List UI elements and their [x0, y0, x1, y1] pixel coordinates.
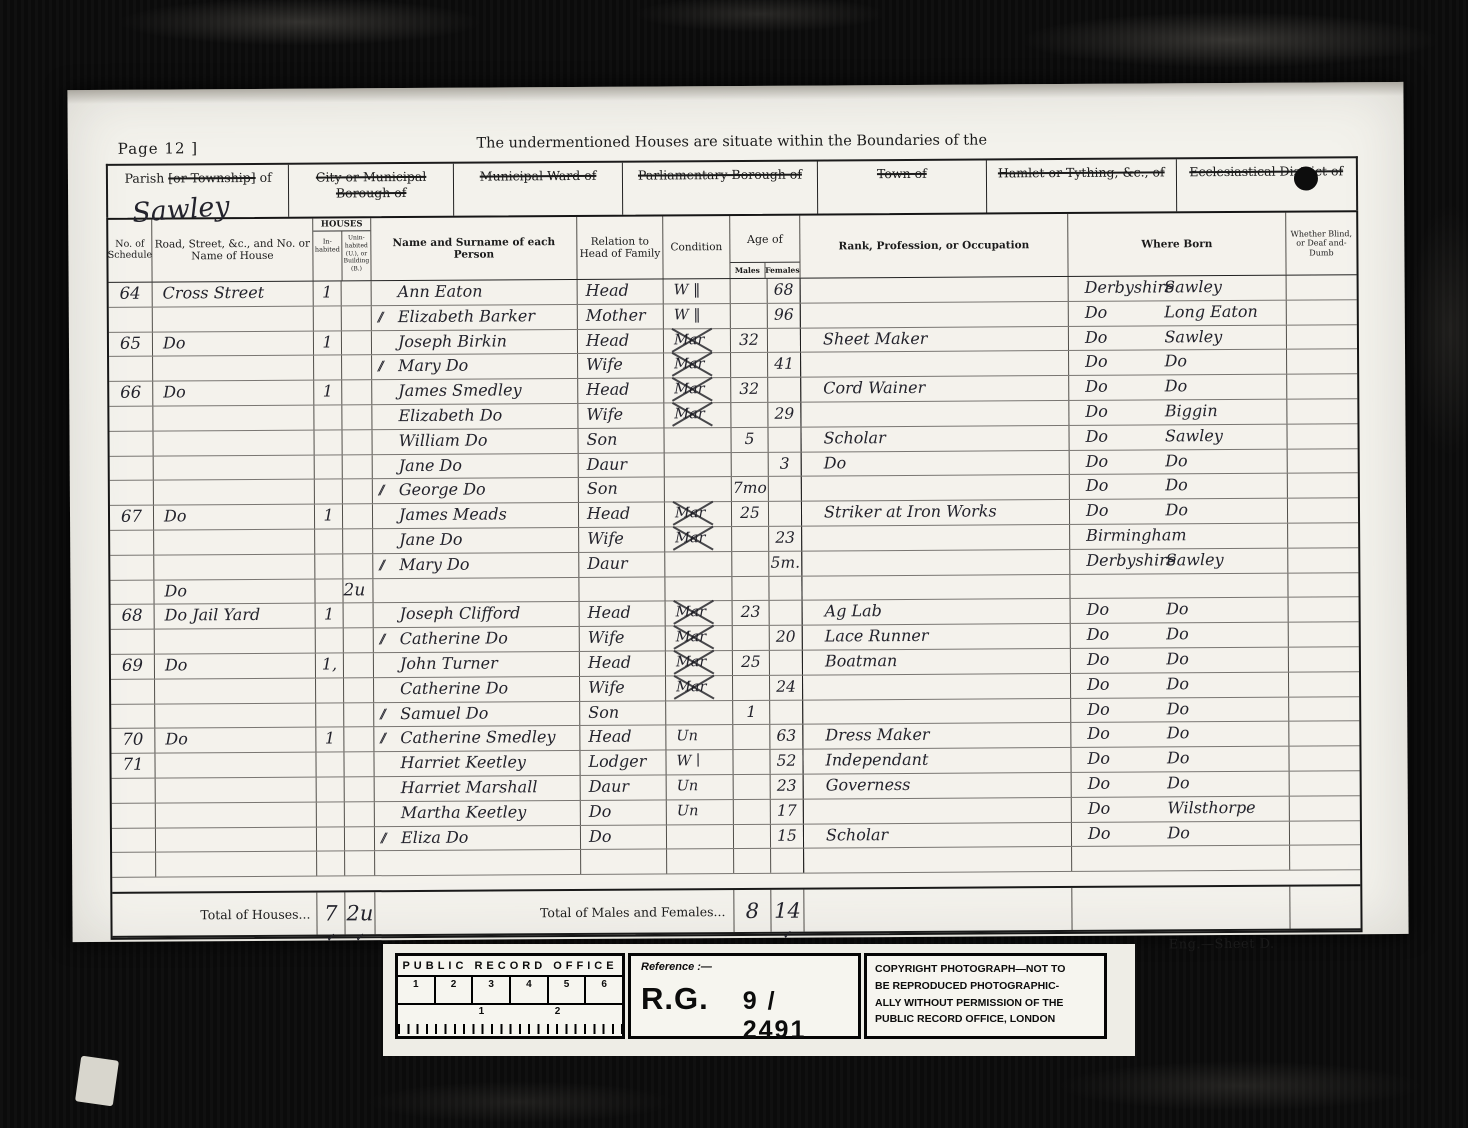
ruler-number: 2 [555, 1006, 561, 1017]
person-name: James Smedley [372, 379, 578, 404]
relation: Do [581, 800, 667, 824]
age-male [732, 452, 769, 476]
born-county: Do [1071, 673, 1167, 697]
where-born: Do Do [1070, 499, 1288, 524]
schedule-number: 67 [110, 506, 154, 530]
condition [665, 453, 732, 477]
age-female: 52 [770, 750, 803, 774]
houses-uninhabited [345, 777, 375, 801]
relation: Daur [581, 775, 667, 799]
born-county: Derbyshire [1070, 549, 1166, 573]
houses-uninhabited [345, 852, 375, 876]
born-county: Birmingham [1070, 524, 1166, 548]
where-born: Do Long Eaton [1069, 300, 1287, 325]
born-county: Do [1069, 400, 1165, 424]
houses-uninhabited [344, 604, 374, 628]
relation: Head [580, 726, 666, 750]
blind-deaf-cell [1288, 573, 1358, 597]
condition [667, 825, 734, 849]
occupation: Boatman [802, 649, 1071, 674]
where-born: Do Sawley [1069, 424, 1287, 449]
col-occupation: Rank, Profession, or Occupation [800, 214, 1068, 278]
where-born: Do Do [1071, 697, 1289, 722]
road-name [155, 678, 316, 703]
relation: Head [578, 379, 664, 403]
born-county: Do [1070, 475, 1166, 499]
jurisdiction-box: Parliamentary Borough of [623, 162, 818, 215]
condition: Mar [664, 403, 731, 427]
col-uninhabited: Unin- habited (U.), or Building (B.) [342, 231, 370, 280]
occupation [801, 525, 1070, 550]
houses-uninhabited [342, 281, 372, 305]
schedule-number [110, 580, 154, 604]
occupation [800, 351, 1069, 376]
relation: Lodger [580, 751, 666, 775]
col-houses-group: HOUSES In- habited Unin- habited (U.), o… [313, 218, 371, 280]
person-name: Mary Do [372, 354, 578, 379]
born-county: Do [1072, 822, 1168, 846]
where-born: Do Do [1069, 375, 1287, 400]
totals-born-cell [1072, 887, 1290, 930]
occupation: Do [801, 451, 1070, 476]
copyright-stamp: COPYRIGHT PHOTOGRAPH—NOT TO BE REPRODUCE… [864, 953, 1107, 1039]
public-record-office-stamp: PUBLIC RECORD OFFICE 123456 1 2 [395, 953, 625, 1039]
relation: Daur [579, 552, 665, 576]
schedule-number [109, 357, 153, 381]
relation: Son [580, 701, 666, 725]
tick-mark: ✓ [355, 926, 365, 948]
condition: Mar [666, 651, 733, 675]
age-male [734, 800, 771, 824]
relation: Daur [579, 453, 665, 477]
jurisdiction-struck-label: Hamlet or Tything, &c., of [998, 164, 1165, 180]
age-male [734, 849, 771, 873]
relation: Head [580, 651, 666, 675]
page-content: Page 12 ] The undermentioned Houses are … [106, 130, 1363, 940]
blind-deaf-cell [1287, 350, 1357, 374]
jurisdiction-struck-label: Ecclesiastical District of [1189, 163, 1343, 179]
jurisdiction-box: Ecclesiastical District of [1176, 158, 1356, 211]
where-born: Derbyshire Sawley [1069, 276, 1287, 301]
road-name [154, 530, 315, 555]
person-name: Catherine Do [374, 677, 580, 702]
relation: Head [578, 279, 664, 303]
born-county: Do [1071, 748, 1167, 772]
houses-uninhabited [344, 728, 374, 752]
person-name [373, 578, 579, 603]
houses-uninhabited [343, 455, 373, 479]
born-place: Biggin [1165, 400, 1287, 425]
road-name: Do [155, 728, 316, 753]
where-born: Do Do [1072, 772, 1290, 797]
condition [667, 849, 734, 873]
col-name: Name and Surname of each Person [371, 217, 577, 280]
road-name [155, 703, 316, 728]
born-place: Do [1164, 350, 1286, 375]
condition: Mar [664, 378, 731, 402]
age-female [770, 651, 803, 675]
occupation: Ag Lab [802, 599, 1071, 624]
road-name: Do [153, 381, 314, 406]
houses-inhabited: 1 [316, 604, 344, 628]
road-name: Do [155, 654, 316, 679]
born-place: Do [1167, 722, 1289, 747]
person-name: Catherine Do [374, 627, 580, 652]
blind-deaf-cell [1289, 622, 1359, 646]
road-name [154, 480, 315, 505]
age-female [768, 427, 801, 451]
ruler-ticks [398, 1024, 622, 1034]
age-male [732, 576, 769, 600]
houses-uninhabited [342, 306, 372, 330]
where-born: Do Do [1070, 474, 1288, 499]
person-name: Mary Do [373, 553, 579, 578]
born-county: Do [1071, 698, 1167, 722]
blind-deaf-cell [1290, 771, 1360, 795]
person-name: Joseph Birkin [372, 330, 578, 355]
person-name: Catherine Smedley [374, 726, 580, 751]
where-born: Do Sawley [1069, 325, 1287, 350]
born-county: Do [1072, 772, 1168, 796]
born-place: Do [1166, 598, 1288, 623]
condition [665, 577, 732, 601]
road-name: Cross Street [153, 282, 314, 307]
condition: Mar [665, 502, 732, 526]
born-county: Do [1069, 376, 1165, 400]
born-place: Do [1165, 499, 1287, 524]
houses-inhabited [314, 356, 342, 380]
houses-uninhabited [344, 752, 374, 776]
person-name: Jane Do [373, 454, 579, 479]
person-name: James Meads [373, 503, 579, 528]
ruler-number: 1 [479, 1006, 485, 1017]
blind-deaf-cell [1287, 275, 1357, 299]
age-male [731, 353, 768, 377]
jurisdiction-struck-label: Parliamentary Borough of [638, 167, 802, 183]
copyright-line: COPYRIGHT PHOTOGRAPH—NOT TO [875, 961, 1096, 978]
age-female [768, 328, 801, 352]
age-male [733, 725, 770, 749]
age-female: 68 [768, 279, 801, 303]
houses-uninhabited [342, 380, 372, 404]
table-header-row: No. of Schedule Road, Street, &c., and N… [108, 212, 1356, 283]
age-female: 20 [770, 626, 803, 650]
relation: Son [579, 478, 665, 502]
schedule-number: 71 [111, 754, 155, 778]
born-county: Do [1069, 425, 1165, 449]
road-name [154, 455, 315, 480]
born-county: Do [1069, 326, 1165, 350]
col-age-group: Age of Males Females [730, 216, 800, 278]
schedule-number [109, 307, 153, 331]
where-born: Do Do [1071, 722, 1289, 747]
occupation: Scholar [800, 426, 1069, 451]
col-females: Females [765, 263, 799, 278]
houses-uninhabited [342, 430, 372, 454]
age-female: 5m. [769, 551, 802, 575]
houses-inhabited: 1 [314, 381, 342, 405]
schedule-number [111, 704, 155, 728]
schedule-number: 65 [109, 332, 153, 356]
col-born: Where Born [1068, 213, 1286, 276]
where-born: Do Do [1071, 672, 1289, 697]
ruler-top-scale: 123456 [398, 975, 622, 1003]
born-county: Do [1070, 500, 1166, 524]
blind-deaf-cell [1290, 796, 1360, 820]
born-county: Do [1071, 624, 1167, 648]
ruler-segment: 4 [511, 977, 549, 1003]
copyright-line: ALLY WITHOUT PERMISSION OF THE [875, 995, 1096, 1012]
age-male [731, 304, 768, 328]
houses-inhabited [314, 405, 342, 429]
person-name: Eliza Do [375, 825, 581, 850]
houses-uninhabited [343, 529, 373, 553]
born-county: Derbyshire [1069, 276, 1165, 300]
houses-uninhabited [344, 628, 374, 652]
schedule-number: 69 [111, 655, 155, 679]
jurisdiction-struck-label: Town of [877, 166, 927, 181]
age-male: 32 [731, 378, 768, 402]
total-houses-label: Total of Houses... [112, 893, 317, 936]
person-name: Samuel Do [374, 702, 580, 727]
col-schedule: No. of Schedule [108, 220, 152, 282]
occupation: Scholar [803, 822, 1072, 847]
condition: Mar [664, 329, 731, 353]
relation: Wife [579, 527, 665, 551]
houses-uninhabited [343, 504, 373, 528]
jurisdiction-box: Municipal Ward of [454, 163, 624, 216]
total-males-value: 8 [746, 900, 760, 922]
occupation [803, 847, 1072, 872]
houses-inhabited [317, 852, 345, 876]
col-houses: HOUSES [313, 218, 370, 231]
houses-inhabited [316, 678, 344, 702]
person-name: William Do [372, 429, 578, 454]
copyright-line: PUBLIC RECORD OFFICE, LONDON [875, 1011, 1096, 1028]
where-born: Do Do [1069, 350, 1287, 375]
relation: Wife [580, 627, 666, 651]
ruler-bottom-scale: 1 2 [398, 1003, 622, 1036]
age-male [734, 775, 771, 799]
total-females-value: 14 [774, 900, 801, 922]
relation: Mother [578, 304, 664, 328]
road-name: Do [154, 505, 315, 530]
born-place: Do [1167, 697, 1289, 722]
schedule-number [112, 803, 156, 827]
table-body: 64 Cross Street 1 Ann Eaton Head W ‖ 68 … [109, 275, 1361, 878]
condition [666, 701, 733, 725]
schedule-number: 68 [111, 605, 155, 629]
jurisdiction-struck-label: [or Township] [168, 170, 255, 186]
blind-deaf-cell [1289, 672, 1359, 696]
houses-uninhabited [345, 802, 375, 826]
condition: W ‖ [664, 304, 731, 328]
jurisdiction-prefix: Parish [125, 170, 169, 185]
condition [664, 428, 731, 452]
relation [581, 850, 667, 874]
blind-deaf-cell [1290, 846, 1360, 870]
houses-inhabited [315, 554, 343, 578]
age-male: 32 [731, 328, 768, 352]
age-female: 23 [769, 527, 802, 551]
jurisdiction-box: Hamlet or Tything, &c., of [987, 159, 1177, 212]
schedule-number [112, 828, 156, 852]
born-place: Do [1167, 747, 1289, 772]
person-name [375, 850, 581, 875]
age-female: 41 [768, 353, 801, 377]
relation: Do [581, 825, 667, 849]
schedule-number: 70 [111, 729, 155, 753]
schedule-number [111, 630, 155, 654]
road-name [155, 753, 316, 778]
col-blind: Whether Blind, or Deaf and-Dumb [1286, 212, 1356, 274]
blind-deaf-cell [1289, 746, 1359, 770]
schedule-number [109, 431, 153, 455]
ruler-segment: 2 [436, 977, 474, 1003]
total-houses-uninhabited: 2u ✓ [345, 892, 375, 934]
blind-deaf-cell [1287, 374, 1357, 398]
relation: Son [578, 428, 664, 452]
age-female: 3 [769, 452, 802, 476]
occupation: Dress Maker [802, 723, 1071, 748]
age-male [732, 527, 769, 551]
houses-inhabited [315, 579, 343, 603]
age-female: 96 [768, 303, 801, 327]
road-name [156, 827, 317, 852]
condition: Mar [664, 353, 731, 377]
age-male [732, 552, 769, 576]
born-place: Long Eaton [1164, 300, 1286, 325]
houses-inhabited [317, 802, 345, 826]
age-female: 23 [771, 775, 804, 799]
schedule-number [110, 481, 154, 505]
col-road: Road, Street, &c., and No. or Name of Ho… [152, 219, 313, 282]
born-county: Do [1069, 301, 1165, 325]
copyright-line: BE REPRODUCED PHOTOGRAPHIC- [875, 978, 1096, 995]
age-male: 23 [733, 601, 770, 625]
col-inhabited: In- habited [313, 231, 342, 280]
pro-title: PUBLIC RECORD OFFICE [398, 956, 622, 975]
schedule-number [112, 853, 156, 877]
totals-occupation-cell [804, 888, 1072, 932]
born-place: Sawley [1164, 276, 1286, 301]
where-born: Derbyshire Sawley [1070, 548, 1288, 573]
condition [665, 552, 732, 576]
born-place: Do [1166, 672, 1288, 697]
reference-series: R.G. [641, 981, 709, 1017]
person-name: Harriet Marshall [375, 776, 581, 801]
age-male: 7mo [732, 477, 769, 501]
relation: Wife [580, 676, 666, 700]
age-female [769, 477, 802, 501]
col-condition: Condition [663, 216, 730, 278]
houses-inhabited [316, 703, 344, 727]
person-name: Joseph Clifford [374, 602, 580, 627]
schedule-number [110, 456, 154, 480]
occupation [800, 401, 1069, 426]
total-females: 14 ✓ [771, 890, 804, 932]
condition: Un [666, 725, 733, 749]
age-female: 29 [768, 403, 801, 427]
jurisdiction-box: City or Municipal Borough of [289, 164, 454, 217]
occupation [801, 475, 1070, 500]
age-male: 25 [733, 651, 770, 675]
road-name [154, 554, 315, 579]
occupation [803, 798, 1072, 823]
houses-inhabited [315, 529, 343, 553]
occupation: Lace Runner [802, 624, 1071, 649]
jurisdiction-header-row: Parish [or Township] of Sawley City or M… [106, 156, 1358, 218]
blind-deaf-cell [1287, 300, 1357, 324]
blind-deaf-cell [1288, 498, 1358, 522]
reference-label: Reference :— [641, 961, 848, 973]
age-male [733, 626, 770, 650]
col-relation: Relation to Head of Family [577, 216, 663, 279]
blind-deaf-cell [1289, 647, 1359, 671]
totals-row: Total of Houses... 7 ✓ 2u ✓ Total of Mal… [112, 884, 1360, 938]
sheet-note: Eng.—Sheet D. [1169, 937, 1275, 953]
road-name: Do [153, 331, 314, 356]
born-place: Do [1165, 449, 1287, 474]
total-males: 8 [734, 890, 771, 932]
blind-deaf-cell [1289, 697, 1359, 721]
age-female [770, 700, 803, 724]
age-female [768, 378, 801, 402]
jurisdiction-struck-label: Municipal Ward of [480, 168, 597, 184]
totals-blind-cell [1290, 886, 1360, 928]
houses-inhabited [314, 306, 342, 330]
page-title: The undermentioned Houses are situate wi… [106, 130, 1358, 154]
road-name [156, 852, 317, 877]
col-age: Age of [730, 216, 799, 262]
age-female [769, 576, 802, 600]
person-name: Ann Eaton [372, 280, 578, 305]
houses-inhabited [315, 455, 343, 479]
occupation: Sheet Maker [800, 327, 1069, 352]
schedule-number [111, 679, 155, 703]
total-houses-inhabited: 7 ✓ [317, 893, 345, 935]
occupation: Cord Wainer [800, 376, 1069, 401]
houses-uninhabited [344, 678, 374, 702]
jurisdiction-suffix: of [256, 170, 272, 185]
where-born: Do Do [1071, 648, 1289, 673]
born-place: Do [1166, 648, 1288, 673]
total-houses-uninhabited-value: 2u [346, 902, 373, 924]
total-houses-inhabited-value: 7 [324, 903, 338, 925]
houses-inhabited [317, 827, 345, 851]
road-name [156, 802, 317, 827]
age-male: 25 [732, 502, 769, 526]
houses-inhabited [315, 480, 343, 504]
blind-deaf-cell [1288, 449, 1358, 473]
born-place: Wilsthorpe [1167, 796, 1289, 821]
condition: W ‖ [664, 279, 731, 303]
age-male: 5 [731, 428, 768, 452]
road-name [153, 356, 314, 381]
road-name: Do Jail Yard [155, 604, 316, 629]
houses-uninhabited [342, 405, 372, 429]
condition: Un [667, 800, 734, 824]
census-page: Page 12 ] The undermentioned Houses are … [67, 82, 1408, 942]
houses-uninhabited [344, 653, 374, 677]
born-place [1166, 573, 1288, 598]
houses-inhabited [316, 629, 344, 653]
houses-uninhabited: 2u [343, 579, 373, 603]
road-name [156, 778, 317, 803]
road-name: Do [154, 579, 315, 604]
relation: Head [579, 503, 665, 527]
blind-deaf-cell [1287, 424, 1357, 448]
